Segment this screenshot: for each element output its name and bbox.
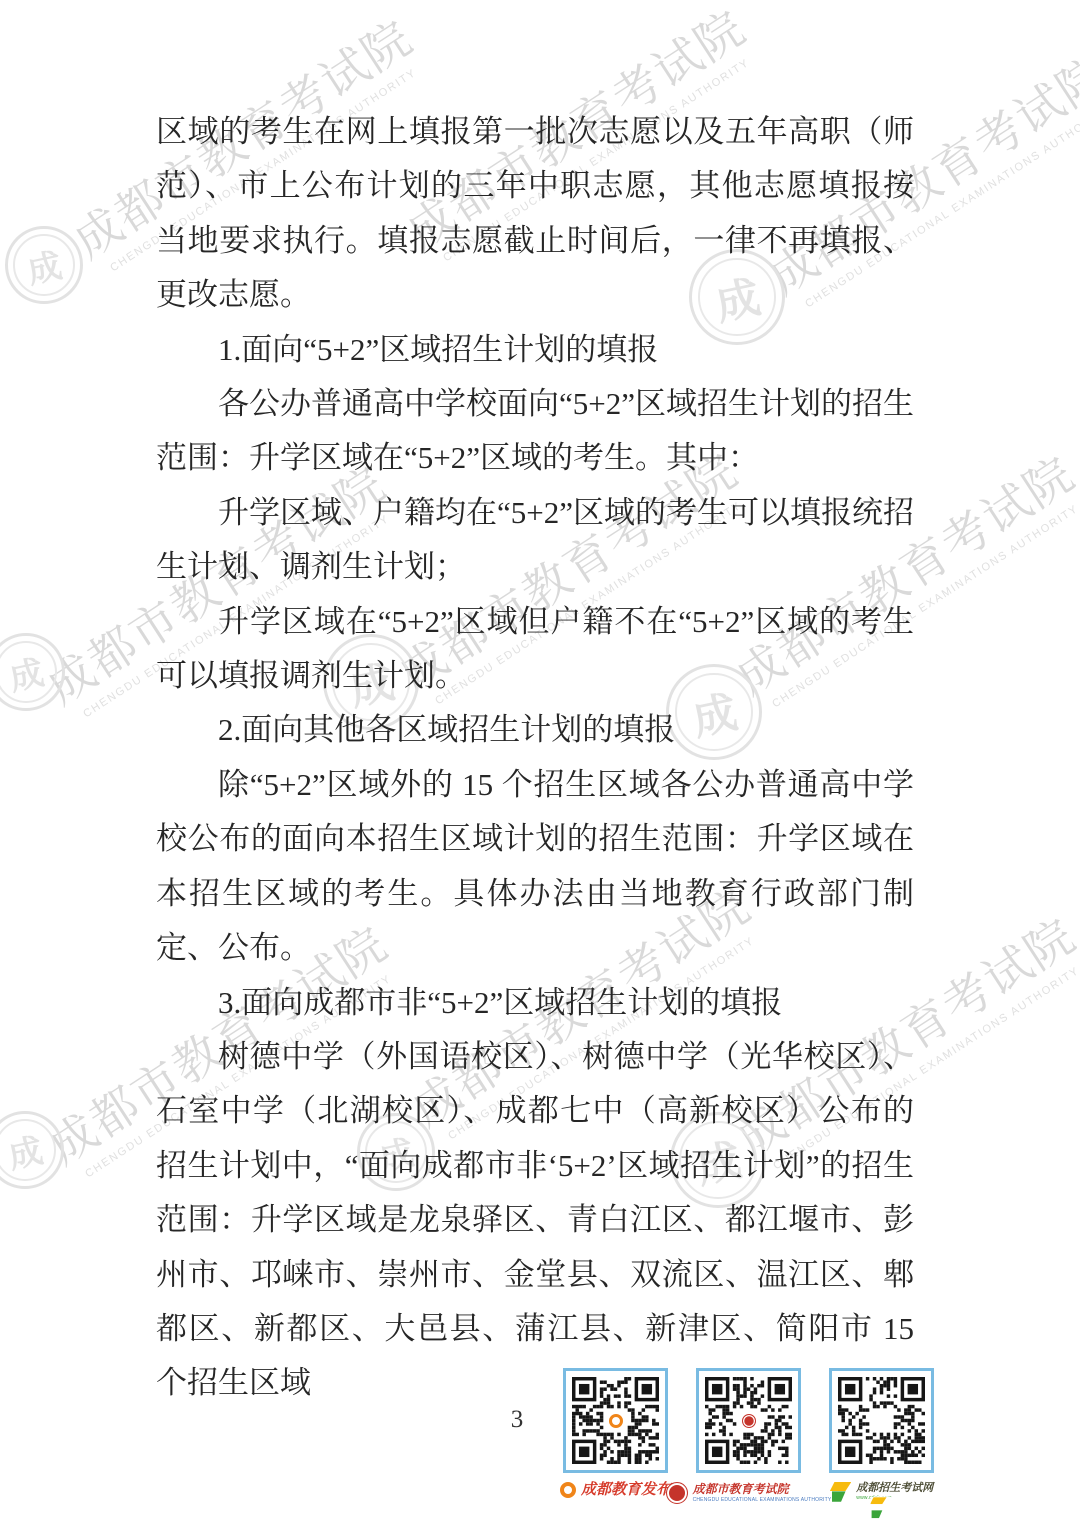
brand-logo-icon [830, 1482, 852, 1502]
qr-code-row: 成都教育发布 成都市教育考试院 CHENGDU EDUCATIONAL EXAM… [563, 1368, 934, 1504]
paragraph: 升学区域在“5+2”区域但户籍不在“5+2”区域的考生可以填报调剂生计划。 [156, 595, 914, 704]
paragraph: 树德中学（外国语校区）、树德中学（光华校区）、石室中学（北湖校区）、成都七中（高… [156, 1030, 914, 1411]
paragraph: 1.面向“5+2”区域招生计划的填报 [156, 323, 914, 377]
qr-code [696, 1368, 801, 1473]
document-page: 成都市教育考试院CHENGDU EDUCATIONAL EXAMINATIONS… [0, 0, 1080, 1528]
qr-caption-label: 成都招生考试网 [856, 1482, 933, 1494]
qr-caption: 成都教育发布 [560, 1482, 671, 1499]
qr-item: 成都招生考试网 www.cdzk.com [829, 1368, 934, 1504]
watermark-seal: 成 [5, 226, 83, 304]
qr-center-logo [739, 1411, 759, 1431]
qr-center-logo [870, 1497, 893, 1518]
qr-caption: 成都市教育考试院 CHENGDU EDUCATIONAL EXAMINATION… [666, 1482, 832, 1504]
qr-item: 成都教育发布 [563, 1368, 668, 1504]
page-number: 3 [499, 1406, 535, 1434]
brand-logo-icon [666, 1482, 688, 1504]
brand-logo-icon [560, 1482, 576, 1498]
qr-item: 成都市教育考试院 CHENGDU EDUCATIONAL EXAMINATION… [696, 1368, 801, 1504]
qr-code [829, 1368, 934, 1473]
paragraph: 区域的考生在网上填报第一批次志愿以及五年高职（师范）、市上公布计划的三年中职志愿… [156, 105, 914, 323]
qr-code [563, 1368, 668, 1473]
watermark-seal: 成 [0, 633, 65, 711]
paragraph: 升学区域、户籍均在“5+2”区域的考生可以填报统招生计划、调剂生计划； [156, 486, 914, 595]
document-text: 区域的考生在网上填报第一批次志愿以及五年高职（师范）、市上公布计划的三年中职志愿… [156, 105, 914, 1411]
paragraph: 除“5+2”区域外的 15 个招生区域各公办普通高中学校公布的面向本招生区域计划… [156, 758, 914, 976]
qr-center-logo [606, 1411, 626, 1431]
watermark-seal: 成 [0, 1111, 64, 1189]
qr-caption-subtext: CHENGDU EDUCATIONAL EXAMINATIONS AUTHORI… [693, 1497, 832, 1503]
paragraph: 各公办普通高中学校面向“5+2”区域招生计划的招生范围：升学区域在“5+2”区域… [156, 377, 914, 486]
qr-caption-label: 成都教育发布 [581, 1482, 671, 1499]
qr-caption-label: 成都市教育考试院 [693, 1483, 789, 1496]
qr-pattern [838, 1377, 925, 1464]
paragraph: 2.面向其他各区域招生计划的填报 [156, 703, 914, 757]
paragraph: 3.面向成都市非“5+2”区域招生计划的填报 [156, 976, 914, 1030]
